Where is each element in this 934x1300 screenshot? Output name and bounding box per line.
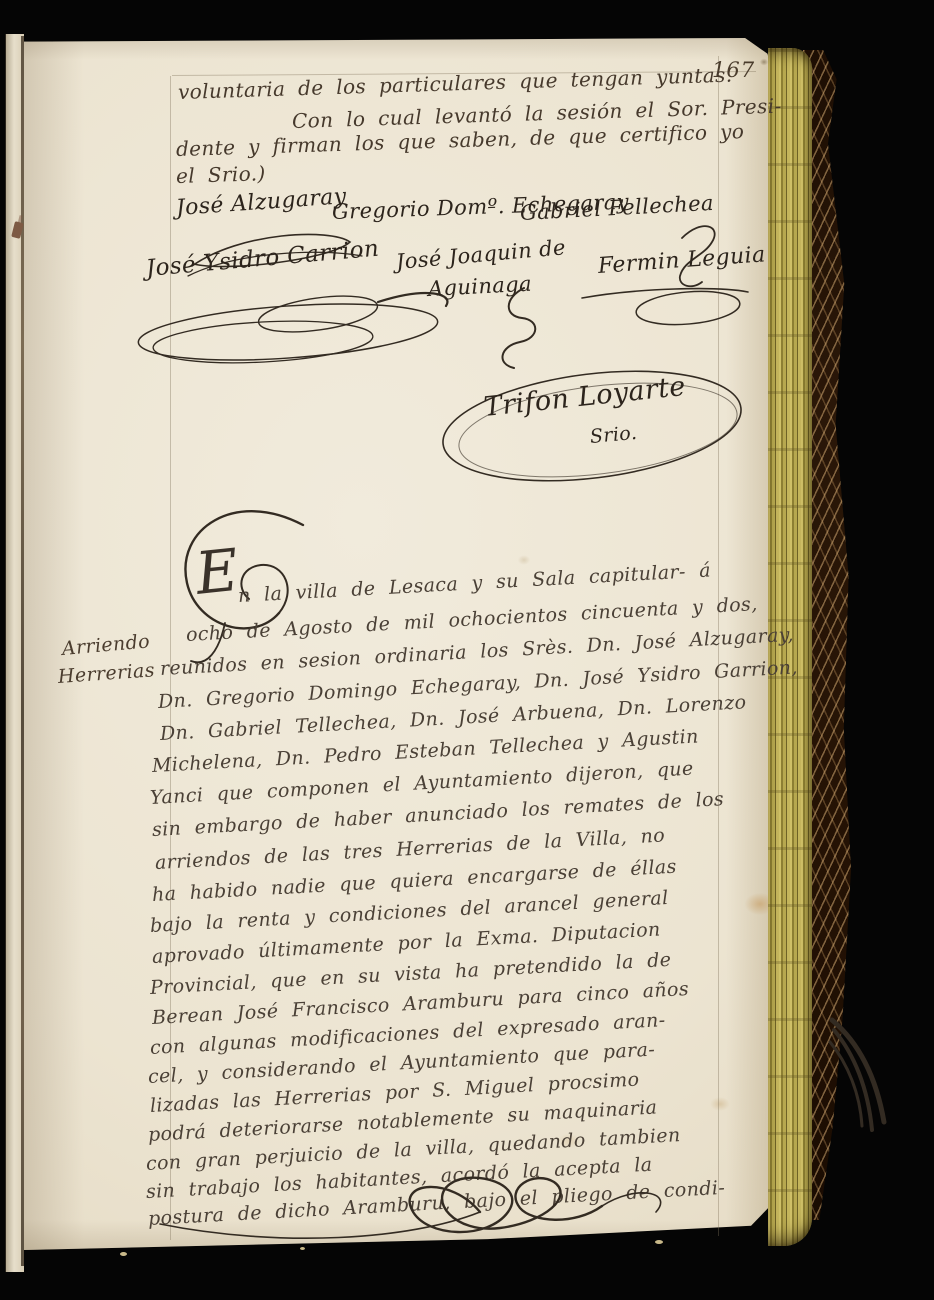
closing-line: el Srio.) bbox=[176, 161, 266, 188]
flourish-stroke bbox=[602, 1193, 661, 1212]
bookmark-tassel bbox=[824, 1014, 908, 1146]
manuscript-photo: 167 voluntaria de los particulares que t… bbox=[0, 0, 934, 1300]
signature-rubric-flourish bbox=[128, 284, 458, 376]
paper-debris bbox=[120, 1252, 127, 1256]
flourish-stroke bbox=[503, 288, 536, 368]
page-block-fore-edge bbox=[768, 48, 812, 1246]
decorative-initial: E bbox=[192, 536, 242, 608]
binding-gutter-seam bbox=[21, 36, 24, 1266]
bottom-rubric-flourish bbox=[150, 1162, 710, 1280]
flourish-stroke bbox=[256, 290, 379, 338]
tassel-strand bbox=[830, 1042, 862, 1126]
signature-rubric-flourish bbox=[578, 276, 753, 334]
flourish-stroke bbox=[635, 288, 741, 329]
secretary-signature-title: Srio. bbox=[589, 422, 638, 448]
flourish-stroke bbox=[160, 1212, 480, 1238]
signature-rubric-flourish bbox=[486, 284, 552, 374]
flourish-stroke bbox=[410, 1178, 602, 1232]
